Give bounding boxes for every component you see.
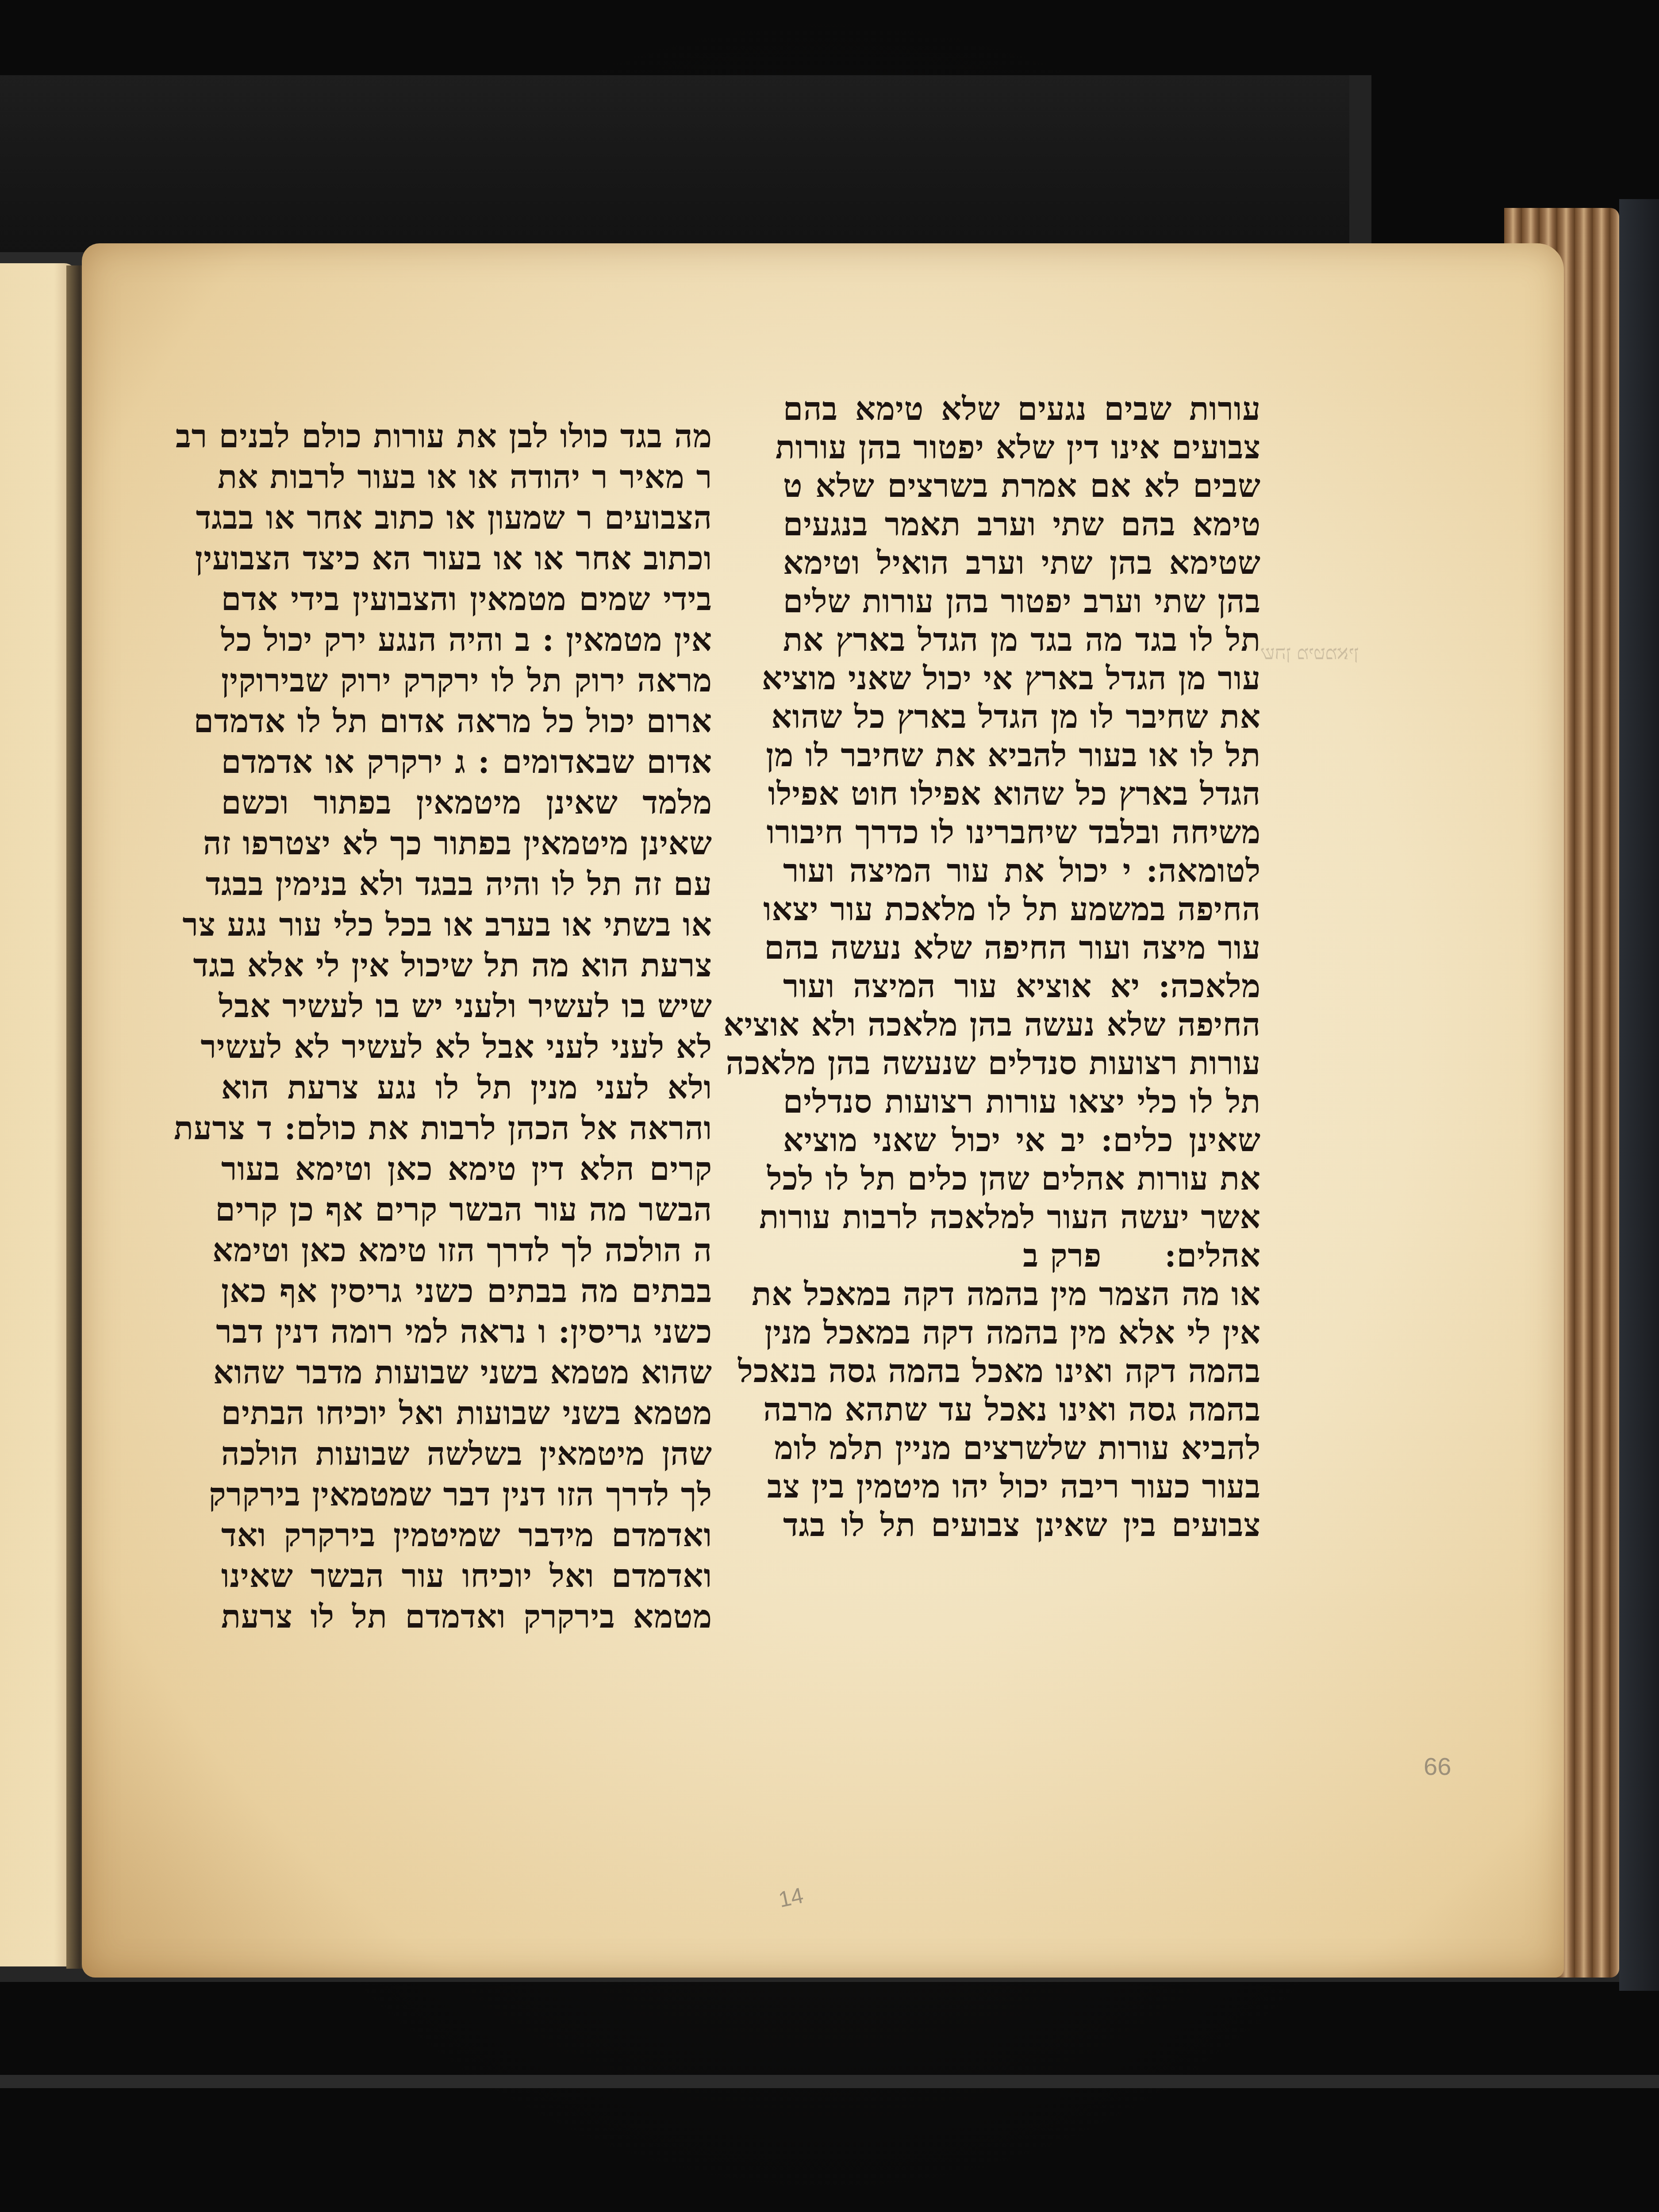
text-line-end: אהלים:: [1164, 1236, 1261, 1275]
text-line: את עורות אהלים שהן כלים תל לו לכל: [783, 1159, 1261, 1198]
text-line: מלמד שאינן מיטמאין בפתור וכשם: [221, 782, 712, 823]
velvet-cradle-band: [0, 2075, 1659, 2088]
text-line: מטמא בשני שבועות ואל יוכיחו הבתים: [221, 1393, 712, 1433]
manuscript-photo: שהן מיטמאין עורות שבים נגעים שלא טימא בה…: [0, 0, 1659, 2212]
text-line: בידי שמים מטמאין והצבועין בידי אדם: [221, 579, 712, 619]
text-line: את שחיבר לו מן הגדל בארץ כל שהוא: [783, 697, 1261, 736]
binding-board: [1619, 199, 1659, 1991]
text-line: צבועים אינו דין שלא יפטור בהן עורות: [783, 428, 1261, 466]
text-line: תל לו כלי יצאו עורות רצועות סנדלים: [783, 1082, 1261, 1121]
text-line: והראה אל הכהן לרבות את כולם: ד צרעת: [221, 1108, 712, 1148]
velvet-cradle-top: [0, 75, 1371, 265]
text-line: שהן מיטמאין בשלשה שבועות הולכה: [221, 1433, 712, 1474]
text-line: אין לי אלא מין בהמה דקה במאכל מנין: [783, 1313, 1261, 1352]
text-line: לך לדרך הזו דנין דבר שמטמאין בירקרק: [221, 1474, 712, 1515]
text-line: הבשר מה עור הבשר קרים אף כן קרים: [221, 1189, 712, 1230]
text-line: ארום יכול כל מראה אדום תל לו אדמדם: [221, 701, 712, 741]
text-line: שיש בו לעשיר ולעני יש בו לעשיר אבל: [221, 986, 712, 1026]
text-line: הצבועים ר שמעון או כתוב אחר או בבגד: [221, 497, 712, 538]
text-column-right: עורות שבים נגעים שלא טימא בהם צבועים אינ…: [783, 389, 1261, 1544]
text-line: להביא עורות שלשרצים מניין תלמ לומ: [783, 1429, 1261, 1467]
text-line: ואדמדם ואל יוכיחו עור הבשר שאינו: [221, 1555, 712, 1596]
text-line: בעור כעור ריבה יכול יהו מיטמין בין צב: [783, 1467, 1261, 1505]
text-line: החיפה במשמע תל לו מלאכת עור יצאו: [783, 890, 1261, 928]
text-line: צרעת הוא מה תל שיכול אין לי אלא בגד: [221, 945, 712, 986]
text-line: עורות רצועות סנדלים שנעשה בהן מלאכה: [783, 1044, 1261, 1082]
text-line: בהמה גסה ואינו נאכל עד שתהא מרבה: [783, 1390, 1261, 1429]
text-line: החיפה שלא נעשה בהן מלאכה ולא אוציא: [783, 1005, 1261, 1044]
text-line: הגדל בארץ כל שהוא אפילו חוט אפילו: [783, 774, 1261, 813]
text-column-left: מה בגד כולו לבן את עורות כולם לבנים רב ר…: [221, 416, 712, 1637]
text-line: מראה ירוק תל לו ירקרק ירוק שבירוקין: [221, 660, 712, 701]
folio-number: 66: [1424, 1752, 1451, 1781]
text-line: שהוא מטמא בשני שבועות מדבר שהוא: [221, 1352, 712, 1393]
text-line: שטימא בהן שתי וערב הואיל וטימא: [783, 543, 1261, 582]
bleed-through-text: שהן מיטמאין: [1261, 641, 1359, 664]
text-line: תל לו או בעור להביא את שחיבר לו מן: [783, 736, 1261, 774]
text-line: אשר יעשה העור למלאכה לרבות עורות: [783, 1198, 1261, 1236]
text-line: צבועים בין שאינן צבועים תל לו בגד: [783, 1505, 1261, 1544]
text-line: ר מאיר ר יהודה או או בעור לרבות את: [221, 457, 712, 497]
text-line: מלאכה: יא אוציא עור המיצה ועור: [783, 967, 1261, 1005]
text-line: לא לעני לעני אבל לא לעשיר לא לעשיר: [221, 1026, 712, 1067]
text-line: ה הולכה לך לדרך הזו טימא כאן וטימא: [221, 1230, 712, 1271]
text-line: או בשתי או בערב או בכל כלי עור נגע צר: [221, 904, 712, 945]
text-line: או מה הצמר מין בהמה דקה במאכל את: [783, 1275, 1261, 1313]
text-line: עור מן הגדל בארץ אי יכול שאני מוציא: [783, 659, 1261, 697]
text-line: בבתים מה בבתים כשני גריסין אף כאן: [221, 1271, 712, 1311]
chapter-heading-line: אהלים: פרק ב: [783, 1236, 1261, 1275]
text-line: עור מיצה ועור החיפה שלא נעשה בהם: [783, 928, 1261, 967]
text-line: שבים לא אם אמרת בשרצים שלא ט: [783, 466, 1261, 505]
text-line: טימא בהם שתי וערב תאמר בנגעים: [783, 505, 1261, 543]
text-line: אין מטמאין : ב והיה הנגע ירק יכול כל: [221, 619, 712, 660]
text-line: לטומאה: י יכול את עור המיצה ועור: [783, 851, 1261, 890]
text-line: בהמה דקה ואינו מאכל בהמה גסה בנאכל: [783, 1352, 1261, 1390]
text-line: עורות שבים נגעים שלא טימא בהם: [783, 389, 1261, 428]
text-line: וכתוב אחר או או בעור הא כיצד הצבועין: [221, 538, 712, 579]
text-line: מה בגד כולו לבן את עורות כולם לבנים רב: [221, 416, 712, 457]
text-line: תל לו בגד מה בגד מן הגדל בארץ את: [783, 620, 1261, 659]
text-line: שאינן כלים: יב אי יכול שאני מוציא: [783, 1121, 1261, 1159]
velvet-cradle-edge: [1349, 75, 1371, 243]
left-page-edge: [0, 263, 77, 1966]
text-line: שאינן מיטמאין בפתור כך לא יצטרפו זה: [221, 823, 712, 864]
text-line: ולא לעני מנין תל לו נגע צרעת הוא: [221, 1067, 712, 1108]
text-line: ואדמדם מידבר שמיטמין בירקרק ואד: [221, 1515, 712, 1555]
text-line: משיחה ובלבד שיחברינו לו כדרך חיבורו: [783, 813, 1261, 851]
text-line: מטמא בירקרק ואדמדם תל לו צרעת: [221, 1596, 712, 1637]
text-line: עם זה תל לו והיה בבגד ולא בנימין בבגד: [221, 864, 712, 904]
text-line: כשני גריסין: ו נראה למי רומה דנין דבר: [221, 1311, 712, 1352]
text-line: אדום שבאדומים : ג ירקרק או אדמדם: [221, 741, 712, 782]
text-line: קרים הלא דין טימא כאן וטימא בעור: [221, 1148, 712, 1189]
text-line: בהן שתי וערב יפטור בהן עורות שלים: [783, 582, 1261, 620]
chapter-heading: פרק ב: [1023, 1236, 1102, 1275]
pencil-note: 14: [776, 1882, 806, 1912]
